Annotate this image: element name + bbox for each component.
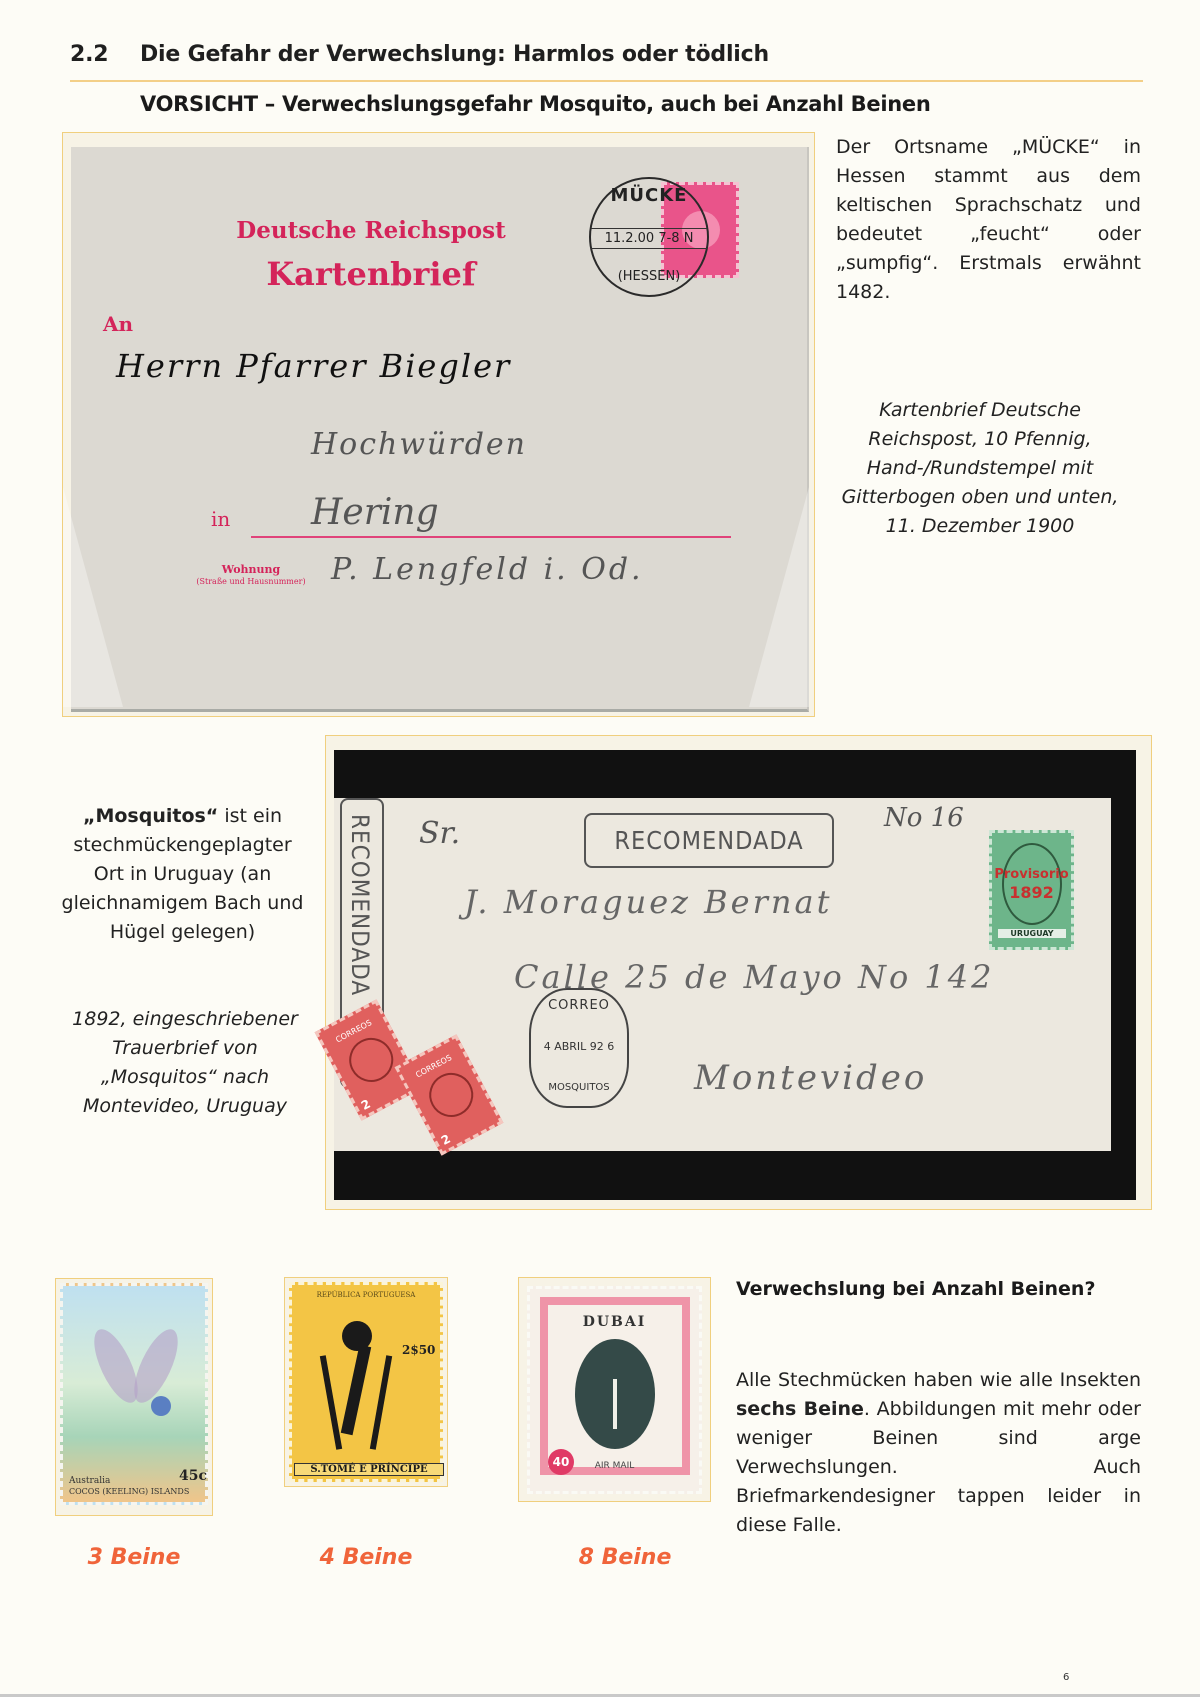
dubai-stamp: DUBAI 40 AIR MAIL: [527, 1286, 702, 1494]
stamp-mount-sao-tome: REPÚBLICA PORTUGUESA 2$50 S.TOMÉ E PRÍNC…: [284, 1277, 448, 1487]
page-number: 6: [1063, 1672, 1069, 1683]
kartenbrief-caption: Kartenbrief Deutsche Reichspost, 10 Pfen…: [830, 396, 1130, 541]
address-rule: [251, 536, 731, 538]
heading-divider: [70, 80, 1143, 82]
handwritten-address-line: Sr.: [419, 816, 460, 851]
stamp-overprint-year: 1892: [992, 883, 1071, 902]
stamp-medallion: [341, 1030, 401, 1090]
corner-mount: [749, 487, 809, 707]
postmark: MÜCKE 11.2.00 7-8 N (HESSEN): [589, 177, 709, 297]
postmark-town: MÜCKE: [591, 185, 707, 206]
handwritten-address-line: P. Lengfeld i. Od.: [331, 552, 644, 587]
section-heading: 2.2Die Gefahr der Verwechslung: Harmlos …: [70, 42, 769, 67]
legs-heading: Verwechslung bei Anzahl Beinen?: [736, 1278, 1095, 1300]
handwritten-address-line: J. Moraguez Bernat: [464, 883, 832, 921]
postmark-bottom: MOSQUITOS: [531, 1082, 627, 1093]
mosquitos-intro-bold: „Mosquitos“: [83, 805, 218, 827]
section-title: Die Gefahr der Verwechslung: Harmlos ode…: [140, 42, 769, 67]
sao-tome-stamp: REPÚBLICA PORTUGUESA 2$50 S.TOMÉ E PRÍNC…: [289, 1282, 443, 1482]
postmark-date: 4 ABRIL 92 6: [531, 1040, 627, 1053]
handwritten-address-line: Hering: [311, 492, 439, 533]
printed-title: Kartenbrief: [221, 255, 521, 293]
mosquito-illustration-icon: [91, 1316, 181, 1446]
legs-text: Alle Stechmücken haben wie alle Insekten…: [736, 1366, 1141, 1540]
stamp-overprint: Provisorio: [992, 867, 1071, 882]
handwritten-address-line: Herrn Pfarrer Biegler: [116, 347, 511, 385]
stamp-caption: 4 Beine: [284, 1545, 448, 1570]
album-page: 2.2Die Gefahr der Verwechslung: Harmlos …: [0, 0, 1200, 1697]
stamp-mount-dubai: DUBAI 40 AIR MAIL: [518, 1277, 711, 1502]
stamp-caption: 8 Beine: [535, 1545, 715, 1570]
label-in: in: [211, 507, 230, 531]
stamp-medallion: [421, 1065, 481, 1125]
cocos-islands-stamp: Australia COCOS (KEELING) ISLANDS 45c: [60, 1283, 208, 1505]
label-wohnung: Wohnung: [191, 563, 311, 576]
corner-mount: [63, 487, 123, 707]
legs-bold: sechs Beine: [736, 1398, 864, 1420]
label-an: An: [103, 312, 133, 336]
postmark-date: 11.2.00 7-8 N: [591, 228, 707, 249]
stamp-mount-cocos: Australia COCOS (KEELING) ISLANDS 45c: [55, 1278, 213, 1516]
mourning-border: RECOMENDADA RECOMENDADA Sr. No 16 J. Mor…: [334, 750, 1136, 1200]
uruguay-provisorio-stamp: Provisorio 1892 URUGUAY: [989, 830, 1074, 950]
label-wohnung-sub: (Straße und Hausnummer): [181, 577, 321, 586]
handwritten-address-line: Hochwürden: [311, 427, 527, 462]
stamp-caption: 3 Beine: [55, 1545, 213, 1570]
postmark-region: (HESSEN): [591, 269, 707, 284]
trauerbrief-caption: 1892, eingeschriebener Trauerbrief von „…: [70, 1005, 300, 1121]
stamp-country: URUGUAY: [998, 929, 1066, 938]
muecke-intro-text: Der Ortsname „MÜCKE“ in Hessen stammt au…: [836, 133, 1141, 307]
handwritten-address-line: Montevideo: [694, 1058, 927, 1098]
mosquitos-intro-text: „Mosquitos“ ist ein stechmückengeplagter…: [60, 802, 305, 947]
mosquito-emblem-icon: [575, 1339, 655, 1449]
mosquitos-postmark: CORREO 4 ABRIL 92 6 MOSQUITOS: [529, 988, 629, 1108]
registered-stamp: RECOMENDADA: [584, 813, 834, 868]
kartenbrief-mount: Deutsche Reichspost Kartenbrief An MÜCKE…: [62, 132, 815, 717]
postmark-top: CORREO: [531, 998, 627, 1013]
printed-header: Deutsche Reichspost: [221, 217, 521, 244]
number-note: No 16: [884, 803, 964, 833]
kartenbrief-card: Deutsche Reichspost Kartenbrief An MÜCKE…: [71, 147, 809, 712]
trauerbrief-mount: RECOMENDADA RECOMENDADA Sr. No 16 J. Mor…: [325, 735, 1152, 1210]
mosquito-illustration-icon: [322, 1315, 392, 1445]
page-subtitle: VORSICHT – Verwechslungsgefahr Mosquito,…: [140, 92, 930, 116]
section-number: 2.2: [70, 42, 140, 67]
